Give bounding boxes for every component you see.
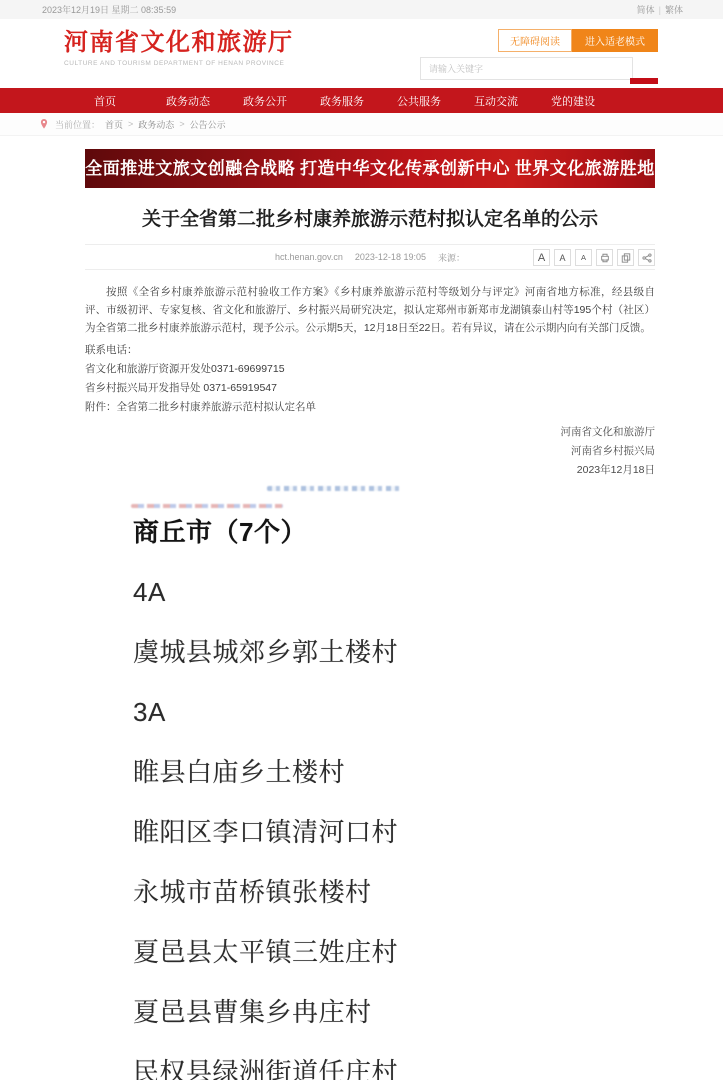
share-icon <box>642 253 652 263</box>
site-logo[interactable]: 河南省文化和旅游厅 CULTURE AND TOURISM DEPARTMENT… <box>64 29 294 67</box>
list-item-village: 夏邑县曹集乡冉庄村 <box>133 997 655 1027</box>
source-site: hct.henan.gov.cn <box>275 252 343 262</box>
copy-button[interactable] <box>617 249 634 266</box>
lang-traditional-link[interactable]: 繁体 <box>665 5 683 15</box>
elder-mode-button[interactable]: 进入适老模式 <box>572 29 658 52</box>
nav-item-interaction[interactable]: 互动交流 <box>474 93 518 109</box>
search-bar <box>420 57 658 84</box>
list-grade-3a: 3A <box>133 697 655 727</box>
print-button[interactable] <box>596 249 613 266</box>
accessibility-reading-button[interactable]: 无障碍阅读 <box>498 29 572 52</box>
contact-phone-tourism: 省文化和旅游厅资源开发处0371-69699715 <box>85 360 655 378</box>
list-grade-4a: 4A <box>133 577 655 607</box>
font-size-large-button[interactable]: A <box>533 249 550 266</box>
breadcrumb-announcements[interactable]: 公告公示 <box>190 118 226 131</box>
lang-simplified-link[interactable]: 简体 <box>637 5 655 15</box>
breadcrumb: 当前位置： 首页 > 政务动态 > 公告公示 <box>0 113 723 136</box>
main-nav: 首页 政务动态 政务公开 政务服务 公共服务 互动交流 党的建设 <box>0 88 723 113</box>
breadcrumb-label: 当前位置： <box>55 118 100 131</box>
site-logo-title: 河南省文化和旅游厅 <box>64 29 294 57</box>
source-label: 来源： <box>438 251 465 264</box>
site-logo-subtitle: CULTURE AND TOURISM DEPARTMENT OF HENAN … <box>64 60 294 67</box>
top-utility-bar: 2023年12月19日 星期二 08:35:59 简体|繁体 <box>0 0 723 19</box>
print-icon <box>600 253 610 263</box>
promo-banner[interactable]: 全面推进文旅文创融合战略 打造中华文化传承创新中心 世界文化旅游胜地 <box>85 149 655 188</box>
attachment-image-village-list: 商丘市（7个） 4A 虞城县城郊乡郭土楼村 3A 睢县白庙乡土楼村 睢阳区李口镇… <box>85 517 655 1080</box>
article-content: 全面推进文旅文创融合战略 打造中华文化传承创新中心 世界文化旅游胜地 关于全省第… <box>85 149 655 1080</box>
share-button[interactable] <box>638 249 655 266</box>
list-item-village: 虞城县城郊乡郭土楼村 <box>133 637 655 667</box>
language-switcher: 简体|繁体 <box>637 3 683 16</box>
list-item-village: 民权县绿洲街道任庄村 <box>133 1057 655 1080</box>
list-item-village: 夏邑县太平镇三姓庄村 <box>133 937 655 967</box>
contact-phone-rural: 省乡村振兴局开发指导处 0371-65919547 <box>85 379 655 397</box>
header-right: 无障碍阅读 进入适老模式 <box>420 29 658 84</box>
list-item-village: 永城市苗桥镇张楼村 <box>133 877 655 907</box>
site-header: 河南省文化和旅游厅 CULTURE AND TOURISM DEPARTMENT… <box>0 19 723 88</box>
breadcrumb-separator: > <box>128 119 133 129</box>
article-paragraph: 按照《全省乡村康养旅游示范村验收工作方案》《乡村康养旅游示范村等级划分与评定》河… <box>85 283 655 337</box>
nav-item-gov-service[interactable]: 政务服务 <box>320 93 364 109</box>
lang-separator: | <box>659 5 661 15</box>
breadcrumb-separator: > <box>179 119 184 129</box>
font-size-small-button[interactable]: A <box>575 249 592 266</box>
copy-icon <box>621 253 631 263</box>
page-title: 关于全省第二批乡村康养旅游示范村拟认定名单的公示 <box>85 204 655 231</box>
datetime-text: 2023年12月19日 星期二 08:35:59 <box>42 3 176 16</box>
article-signature: 河南省文化和旅游厅 河南省乡村振兴局 2023年12月18日 <box>85 423 655 480</box>
nav-item-party-building[interactable]: 党的建设 <box>551 93 595 109</box>
list-item-village: 睢阳区李口镇清河口村 <box>133 817 655 847</box>
nav-item-home[interactable]: 首页 <box>94 93 116 109</box>
blurred-text-artifact <box>267 486 400 491</box>
font-size-medium-button[interactable]: A <box>554 249 571 266</box>
signature-date: 2023年12月18日 <box>85 461 655 480</box>
breadcrumb-gov-news[interactable]: 政务动态 <box>138 118 174 131</box>
article-tools: A A A <box>533 249 655 266</box>
list-city-header: 商丘市（7个） <box>133 517 655 547</box>
contact-label: 联系电话： <box>85 341 655 359</box>
nav-item-public-service[interactable]: 公共服务 <box>397 93 441 109</box>
breadcrumb-home[interactable]: 首页 <box>105 118 123 131</box>
publish-time: 2023-12-18 19:05 <box>355 252 426 262</box>
article-meta-bar: hct.henan.gov.cn 2023-12-18 19:05 来源： A … <box>85 244 655 270</box>
header-buttons: 无障碍阅读 进入适老模式 <box>420 29 658 52</box>
blurred-text-artifact <box>131 504 283 508</box>
signature-dept-tourism: 河南省文化和旅游厅 <box>85 423 655 442</box>
location-pin-icon <box>40 119 48 129</box>
search-button[interactable] <box>630 78 658 84</box>
article-body: 按照《全省乡村康养旅游示范村验收工作方案》《乡村康养旅游示范村等级划分与评定》河… <box>85 270 655 1080</box>
attachment-label: 附件：全省第二批乡村康养旅游示范村拟认定名单 <box>85 398 655 416</box>
search-input[interactable] <box>420 57 633 80</box>
nav-item-gov-open[interactable]: 政务公开 <box>243 93 287 109</box>
signature-dept-rural: 河南省乡村振兴局 <box>85 442 655 461</box>
nav-item-gov-news[interactable]: 政务动态 <box>166 93 210 109</box>
list-item-village: 睢县白庙乡土楼村 <box>133 757 655 787</box>
